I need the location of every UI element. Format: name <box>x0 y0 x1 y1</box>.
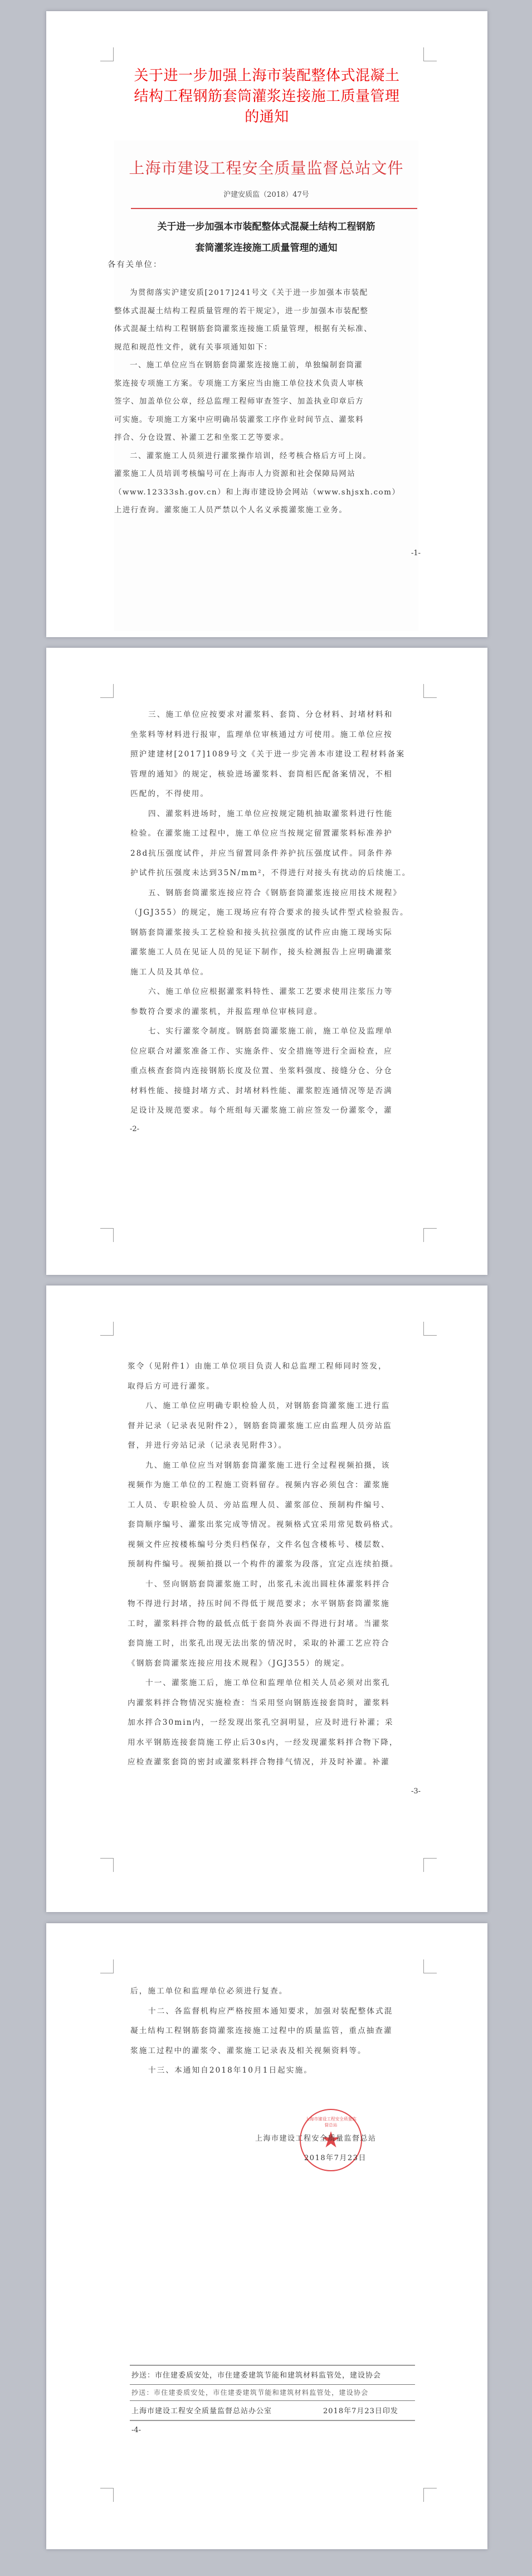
notice-title-line-1: 关于进一步加强本市装配整体式混凝土结构工程钢筋 <box>114 219 418 232</box>
issuing-office: 上海市建设工程安全质量监督总站办公室 <box>131 2405 272 2415</box>
document-number: 沪建安质监（2018）47号 <box>114 188 418 199</box>
crop-mark-top-left <box>100 47 114 61</box>
body-line: 套筒顺序编号、灌浆出浆完成等情况。视频格式宜采用常见数码格式。 <box>128 1518 399 1529</box>
crop-mark-top-left <box>100 1322 114 1336</box>
cover-title: 关于进一步加强上海市装配整体式混凝土 结构工程钢筋套筒灌浆连接施工质量管理 的通… <box>114 66 419 128</box>
body-line: 匹配的，不得使用。 <box>130 787 209 798</box>
body-line: 套筒施工时，出浆孔出现无法出浆的情况时，采取的补灌工艺应符合 <box>128 1637 390 1648</box>
body-line: 十、竖向钢筋套筒灌浆施工时，出浆孔未流出圆柱体灌浆料拌合 <box>145 1578 390 1589</box>
body-line: 上进行查询。灌浆施工人员严禁以个人名义承揽灌浆施工业务。 <box>114 504 347 515</box>
cover-title-line: 关于进一步加强上海市装配整体式混凝土 <box>114 66 419 86</box>
body-line: 五、钢筋套筒灌浆连接应符合《钢筋套筒灌浆连接应用技术规程》 <box>148 886 402 898</box>
salutation: 各有关单位： <box>108 259 162 270</box>
body-line: 一、施工单位应当在钢筋套筒灌浆连接施工前，单独编制套筒灌 <box>130 359 363 370</box>
signature-date: 2018年7月23日 <box>304 2152 367 2162</box>
body-line: 九、施工单位应当对钢筋套筒灌浆施工进行全过程视频拍摄，该 <box>145 1459 390 1470</box>
body-line: 可实施。专项施工方案中应明确吊装灌浆工序作业时间节点、灌浆料 <box>114 414 364 424</box>
body-line: 应检查灌浆套筒的密封或灌浆料拌合物排气情况，并及时补灌。补灌 <box>128 1755 390 1767</box>
body-line: 物不得进行封堵，持压时间不得低于规范要求；水平钢筋套筒灌浆施 <box>128 1597 390 1608</box>
crop-mark-bottom-left <box>100 2488 114 2502</box>
body-line: 签字、加盖单位公章，经总监理工程师审查签字、加盖执业印章后方 <box>114 395 364 406</box>
page-2: 三、施工单位应按要求对灌浆料、套筒、分仓材料、封堵材料和坐浆料等材料进行报审，监… <box>46 648 487 1275</box>
body-line: 《钢筋套筒灌浆连接应用技术规程》（JGJ355）的规定。 <box>128 1657 350 1668</box>
seal-text: 上海市建设工程安全质量监督总站 <box>305 2116 357 2128</box>
body-line: 照沪建建材[2017]1089号文《关于进一步完善本市建设工程材料备案 <box>130 748 405 759</box>
body-line: 体式混凝土结构工程钢筋套筒灌浆连接施工质量管理，根据有关标准、 <box>114 323 372 333</box>
body-line: 管理的通知》的规定，核验进场灌浆料、套筒相匹配备案情况，不相 <box>130 768 393 779</box>
body-line: 七、实行灌浆令制度。钢筋套筒灌浆施工前，施工单位及监理单 <box>148 1025 393 1036</box>
body-line: 位应联合对灌浆准备工作、实施条件、安全措施等进行全面检查，应 <box>130 1045 393 1056</box>
body-line: 六、施工单位应根据灌浆料特性、灌浆工艺要求使用注浆压力等 <box>148 985 393 996</box>
crop-mark-bottom-right <box>423 2488 437 2502</box>
page-1: 关于进一步加强上海市装配整体式混凝土 结构工程钢筋套筒灌浆连接施工质量管理 的通… <box>46 11 487 637</box>
crop-mark-top-left <box>100 1959 114 1973</box>
body-line: 工时，灌浆料拌合物的最低点低于套筒外表面不得进行封堵。当灌浆 <box>128 1617 390 1628</box>
cc-line-duplicate: 抄送：市住建委质安处，市住建委建筑节能和建筑材料监管处，建设协会 <box>131 2388 369 2397</box>
body-line: 整体式混凝土结构工程质量管理的若干规定》，进一步加强本市装配整 <box>114 305 368 316</box>
crop-mark-top-right <box>423 1322 437 1336</box>
body-line: 四、灌浆料进场时，施工单位应按规定随机抽取灌浆料进行性能 <box>148 807 393 818</box>
body-line: 八、施工单位应明确专职检验人员，对钢筋套筒灌浆施工进行监 <box>145 1399 390 1410</box>
crop-mark-top-right <box>423 47 437 61</box>
distribution-rule-top <box>130 2365 415 2366</box>
body-line: 视频文件应按楼栋编号分类归档保存，文件名包含楼栋号、楼层数、 <box>128 1538 390 1549</box>
body-line: 十二、各监督机构应严格按照本通知要求，加强对装配整体式混 <box>148 2005 393 2016</box>
issue-date: 2018年7月23日印发 <box>323 2405 398 2415</box>
distribution-rule-bottom <box>130 2420 415 2421</box>
body-line: 用水平钢筋连接套筒施工停止后30s内，一经发现灌浆料拌合物下降， <box>128 1736 398 1747</box>
cc-line: 抄送：市住建委质安处，市住建委建筑节能和建筑材料监管处，建设协会 <box>131 2369 381 2380</box>
body-line: 视频作为施工单位的工程施工资料留存。视频内容必须包含：灌浆施 <box>128 1478 390 1490</box>
body-line: 拌合、分仓设置、补灌工艺和坐浆工艺等要求。 <box>114 431 289 442</box>
body-line: 十三、本通知自2018年10月1日起实施。 <box>148 2064 313 2075</box>
body-line: 参数符合要求的灌浆机，并报监理单位审核同意。 <box>130 1005 323 1016</box>
body-line: 施工人员及其单位。 <box>130 966 209 977</box>
body-line: 浆连接专项施工方案。专项施工方案应当由施工单位技术负责人审核 <box>114 377 364 388</box>
notice-title-line-2: 套筒灌浆连接施工质量管理的通知 <box>114 240 418 254</box>
body-line: 灌浆施工人员培训考核编号可在上海市人力资源和社会保障局网站 <box>114 468 355 478</box>
body-line: 钢筋套筒灌浆接头工艺检验和接头抗拉强度的试件应由施工现场实际 <box>130 926 393 937</box>
body-line: 灌浆施工人员在见证人员的见证下制作，接头检测报告上应明确灌浆 <box>130 945 393 957</box>
body-line: 28d抗压强度试件，并应当留置同条件养护抗压强度试件。同条件养 <box>130 847 393 858</box>
crop-mark-bottom-left <box>100 1858 114 1872</box>
page-number: -1- <box>411 549 421 557</box>
crop-mark-bottom-right <box>423 1228 437 1242</box>
distribution-rule <box>130 2384 415 2385</box>
body-line: 浆施工过程中的灌浆令、灌浆施工记录表及相关视频资料等。 <box>130 2044 367 2055</box>
page-4: 后，施工单位和监理单位必须进行复查。十二、各监督机构应严格按照本通知要求，加强对… <box>46 1923 487 2549</box>
body-line: 预制构件编号。视频拍摄以一个构件的灌浆为段落，宜定点连续拍摄。 <box>128 1558 399 1569</box>
body-line: 工人员、专职检验人员、旁站监理人员、灌浆部位、预制构件编号、 <box>128 1498 390 1510</box>
page-number: -2- <box>130 1125 139 1133</box>
body-line: 为贯彻落实沪建安质[2017]241号文《关于进一步加强本市装配 <box>130 287 368 297</box>
body-line: 十一、灌浆施工后，施工单位和监理单位相关人员必须对出浆孔 <box>145 1676 390 1687</box>
body-line: 规范和规范性文件，就有关事项通知如下： <box>114 341 272 352</box>
body-line: 后，施工单位和监理单位必须进行复查。 <box>130 1985 288 1996</box>
red-header-rule <box>131 208 417 209</box>
issuer-header: 上海市建设工程安全质量监督总站文件 <box>114 156 418 178</box>
body-line: 督并记录（记录表见附件2），钢筋套筒灌浆施工应由监理人员旁站监 <box>128 1419 392 1430</box>
body-line: 督，并进行旁站记录（记录表见附件3）。 <box>128 1439 287 1450</box>
page-number: -3- <box>411 1787 421 1796</box>
body-line: 坐浆料等材料进行报审，监理单位审核通过方可使用。施工单位应按 <box>130 728 393 739</box>
crop-mark-bottom-right <box>423 1858 437 1872</box>
crop-mark-top-left <box>100 684 114 698</box>
body-line: 取得后方可进行灌浆。 <box>128 1380 215 1391</box>
signature-organization: 上海市建设工程安全质量监督总站 <box>255 2132 377 2143</box>
body-line: 护试件抗压强度未达到35N/mm²，不得进行对接头有扰动的后续施工。 <box>130 866 411 877</box>
body-line: 加水拌合30min内，一经发现出浆孔空洞明显，应及时进行补灌；采 <box>128 1716 394 1727</box>
crop-mark-top-right <box>423 1959 437 1973</box>
body-line: 重点核查套筒内连接钢筋长度及位置、坐浆料强度、接缝分仓、分仓 <box>130 1064 393 1075</box>
crop-mark-bottom-left <box>100 1228 114 1242</box>
body-line: （JGJ355）的规定，施工现场应有符合要求的接头试件型式检验报告。 <box>130 906 409 917</box>
body-line: （www.12333sh.gov.cn）和上海市建设协会网站（www.shjsx… <box>114 486 400 497</box>
body-line: 内灌浆料拌合物情况实施检查：当采用竖向钢筋连接套筒时，灌浆料 <box>128 1696 390 1707</box>
body-line: 浆令（见附件1）由施工单位项目负责人和总监理工程师同时签发， <box>128 1360 387 1371</box>
body-line: 二、灌浆施工人员须进行灌浆操作培训，经考核合格后方可上岗。 <box>130 450 371 460</box>
page-3: 浆令（见附件1）由施工单位项目负责人和总监理工程师同时签发，取得后方可进行灌浆。… <box>46 1285 487 1912</box>
body-line: 足设计及规范要求。每个班组每天灌浆施工前应签发一份灌浆令，灌 <box>130 1104 393 1115</box>
body-line: 检验。在灌浆施工过程中，施工单位应当按规定留置灌浆料标准养护 <box>130 827 393 838</box>
body-line: 凝土结构工程钢筋套筒灌浆连接施工过程中的质量监管，重点抽查灌 <box>130 2024 393 2035</box>
crop-mark-top-right <box>423 684 437 698</box>
cover-title-line: 结构工程钢筋套筒灌浆连接施工质量管理 <box>114 86 419 107</box>
body-line: 材料性能、接缝封堵方式、封堵材料性能、灌浆腔连通情况等是否满 <box>130 1084 393 1095</box>
cover-title-line: 的通知 <box>114 107 419 128</box>
page-number: -4- <box>131 2426 141 2434</box>
distribution-rule <box>130 2400 415 2401</box>
body-line: 三、施工单位应按要求对灌浆料、套筒、分仓材料、封堵材料和 <box>148 708 393 719</box>
